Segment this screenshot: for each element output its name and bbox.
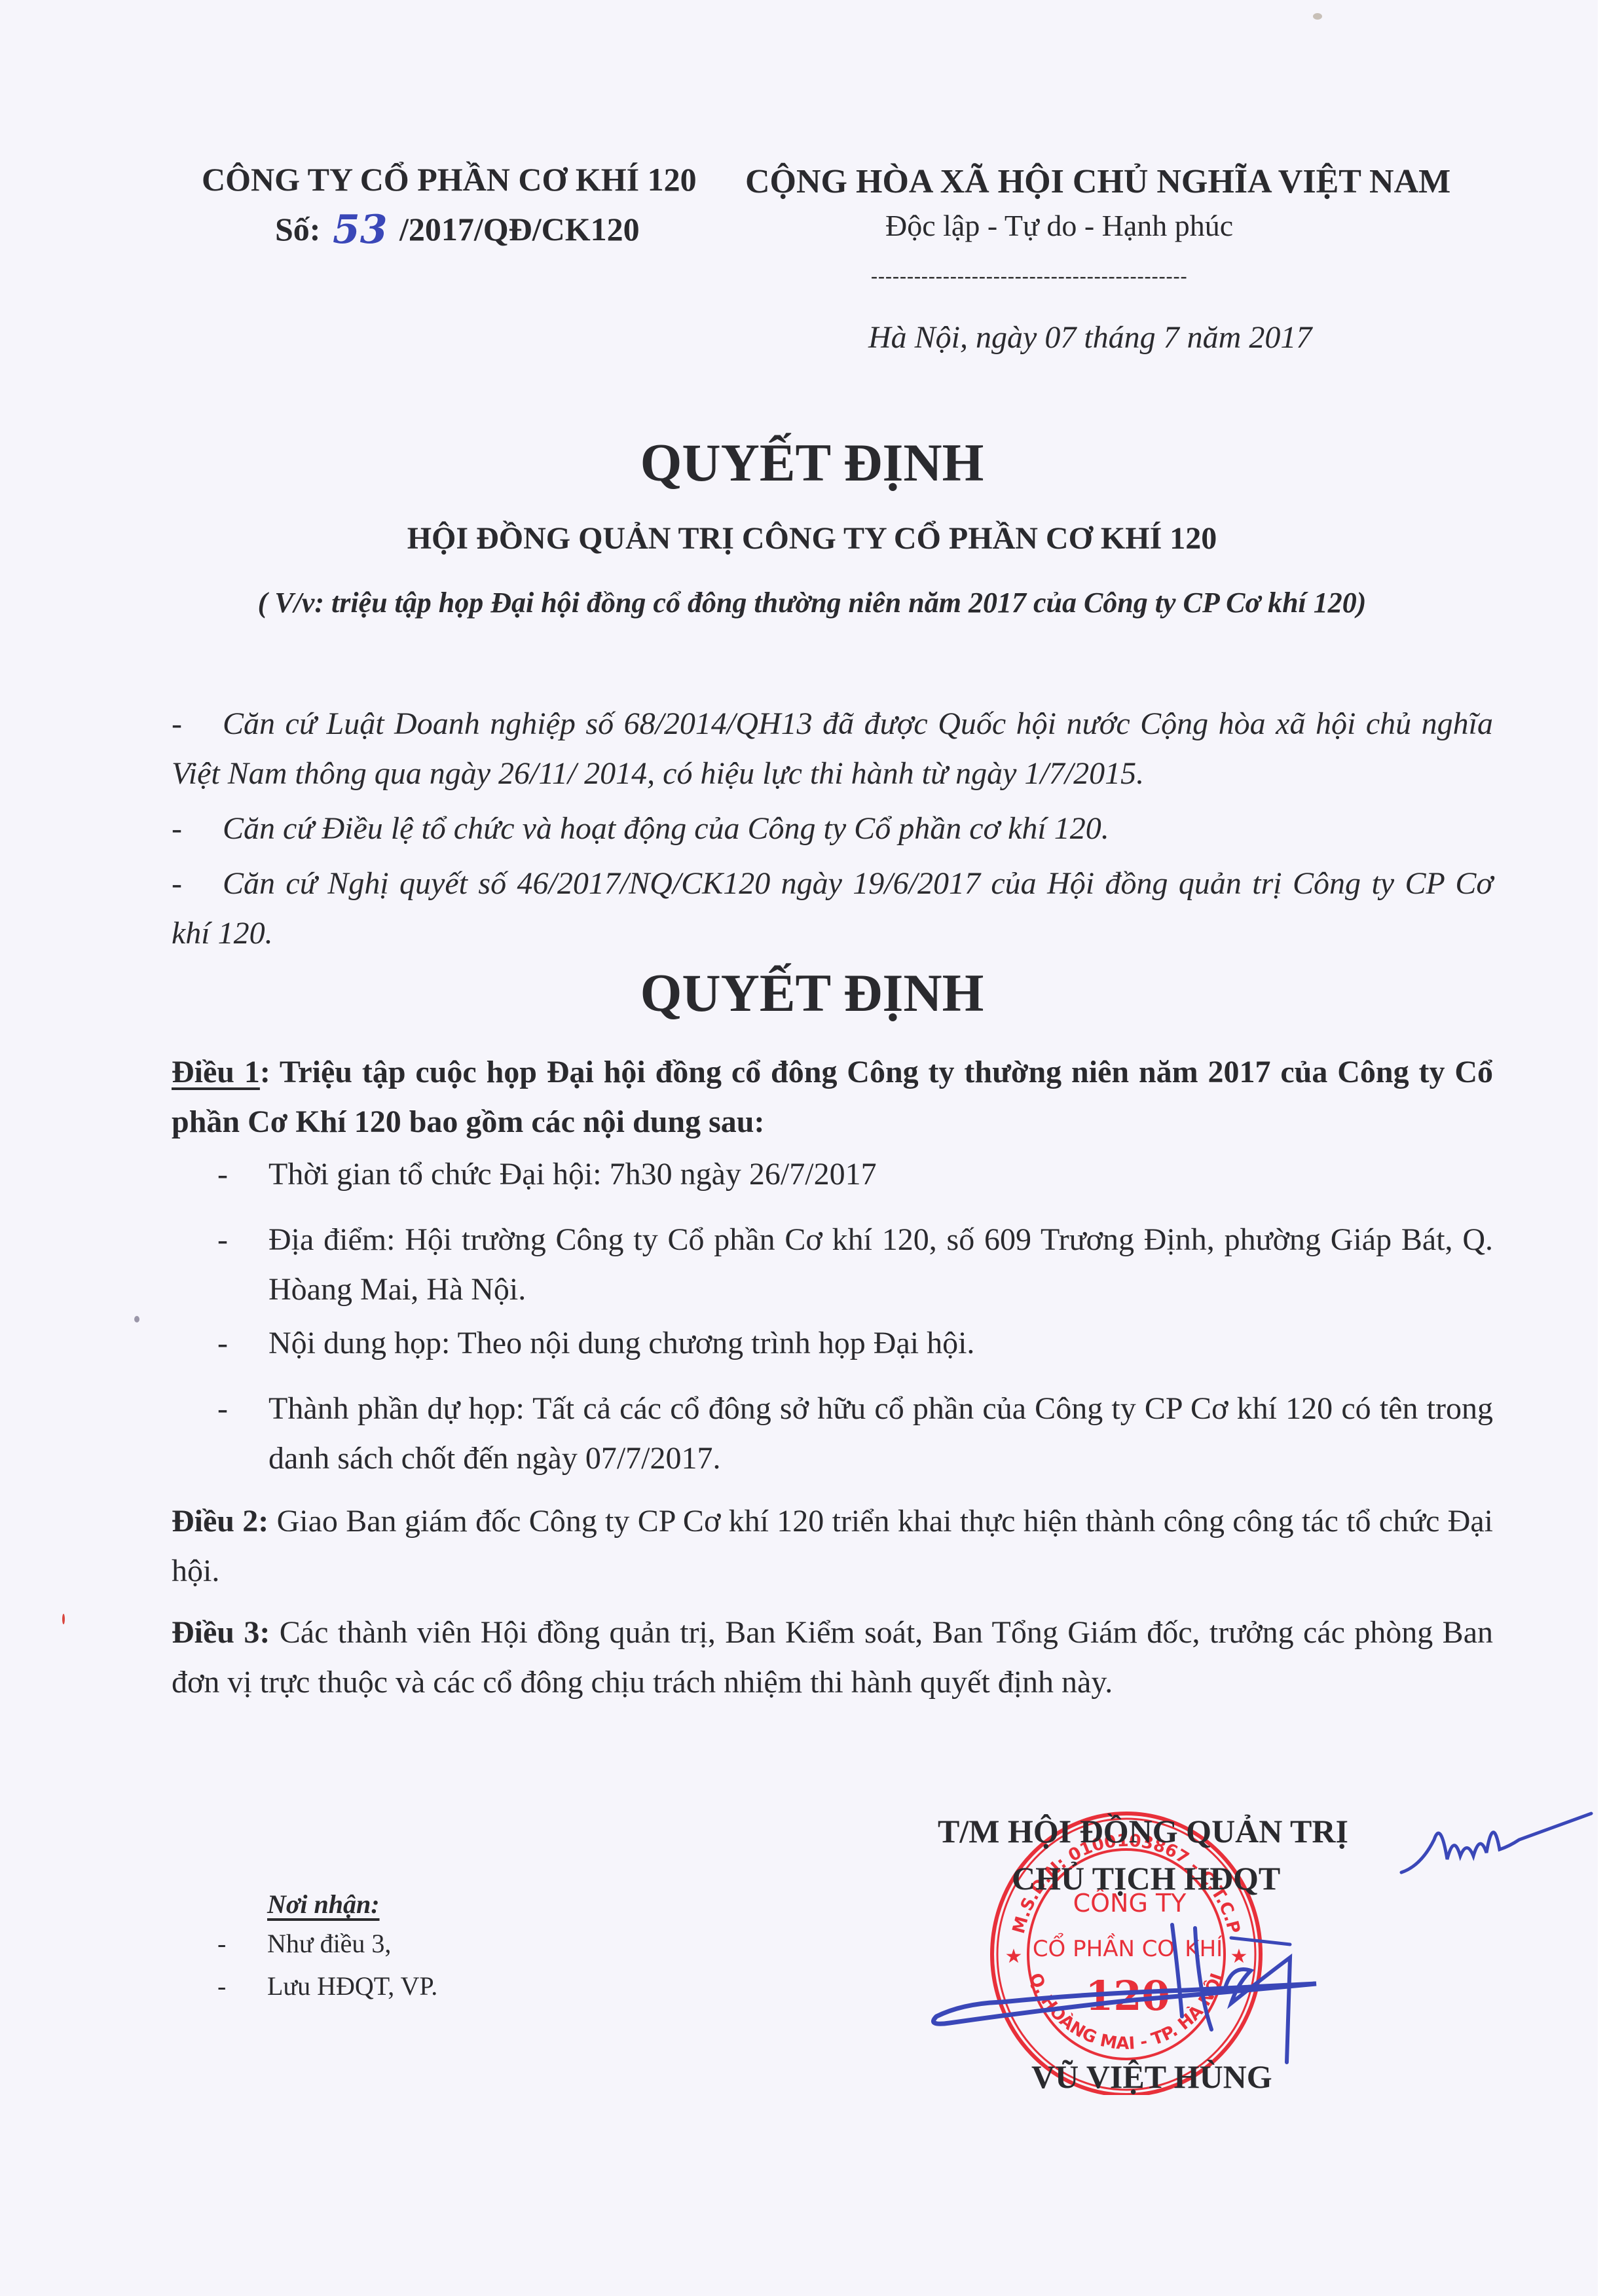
- decision-heading: QUYẾT ĐỊNH: [0, 962, 1624, 1024]
- issuer-title: HỘI ĐỒNG QUẢN TRỊ CÔNG TY CỔ PHẦN CƠ KHÍ…: [0, 520, 1624, 556]
- signature-position: CHỦ TỊCH HĐQT: [1012, 1859, 1280, 1897]
- article-2-label: Điều 2:: [172, 1504, 268, 1539]
- scan-speck: [134, 1316, 139, 1322]
- signatory-name: VŨ VIỆT HÙNG: [1031, 2058, 1272, 2096]
- item-dash: -: [217, 1319, 228, 1368]
- recipient-1: Như điều 3,: [267, 1928, 391, 1959]
- item-text: Thành phần dự họp: Tất cả các cổ đông sở…: [268, 1384, 1493, 1484]
- basis-2-text: Căn cứ Điều lệ tổ chức và hoạt động của …: [223, 811, 1109, 846]
- article-1-item-3: - Nội dung họp: Theo nội dung chương trì…: [172, 1319, 1493, 1368]
- republic-title: CỘNG HÒA XÃ HỘI CHỦ NGHĨA VIỆT NAM: [745, 162, 1450, 201]
- recipient-1-dash: -: [217, 1928, 226, 1959]
- item-text: Thời gian tổ chức Đại hội: 7h30 ngày 26/…: [268, 1150, 1493, 1199]
- article-3-text: Các thành viên Hội đồng quản trị, Ban Ki…: [172, 1615, 1493, 1700]
- document-number: Số: 53 /2017/QĐ/CK120: [275, 204, 640, 250]
- basis-2-dash: -: [172, 804, 223, 854]
- scan-mark: [62, 1614, 65, 1624]
- article-1-label: Điều 1: [172, 1055, 260, 1089]
- basis-1-dash: -: [172, 699, 223, 749]
- article-1-item-4: - Thành phần dự họp: Tất cả các cổ đông …: [172, 1384, 1493, 1484]
- signature-on-behalf: T/M HỘI ĐỒNG QUẢN TRỊ: [938, 1812, 1348, 1850]
- item-dash: -: [217, 1150, 228, 1199]
- article-3: Điều 3: Các thành viên Hội đồng quản trị…: [172, 1608, 1493, 1707]
- item-dash: -: [217, 1215, 228, 1265]
- article-1-item-2: - Địa điểm: Hội trường Công ty Cổ phần C…: [172, 1215, 1493, 1315]
- header-separator: ----------------------------------------…: [871, 265, 1188, 287]
- article-1: Điều 1: Triệu tập cuộc họp Đại hội đồng …: [172, 1048, 1493, 1147]
- basis-3-dash: -: [172, 859, 223, 909]
- article-2: Điều 2: Giao Ban giám đốc Công ty CP Cơ …: [172, 1497, 1493, 1596]
- doc-number-prefix: Số:: [275, 211, 320, 247]
- item-text: Nội dung họp: Theo nội dung chương trình…: [268, 1319, 1493, 1368]
- article-1-item-1: - Thời gian tổ chức Đại hội: 7h30 ngày 2…: [172, 1150, 1493, 1199]
- item-text: Địa điểm: Hội trường Công ty Cổ phần Cơ …: [268, 1215, 1493, 1315]
- article-3-label: Điều 3:: [172, 1615, 270, 1650]
- basis-2: -Căn cứ Điều lệ tổ chức và hoạt động của…: [172, 804, 1493, 854]
- document-page: [0, 0, 1598, 2296]
- doc-number-suffix: /2017/QĐ/CK120: [399, 211, 640, 247]
- doc-number-handwritten: 53: [333, 207, 388, 253]
- article-1-colon: :: [260, 1055, 270, 1089]
- article-2-text: Giao Ban giám đốc Công ty CP Cơ khí 120 …: [172, 1504, 1493, 1588]
- recipient-2-dash: -: [217, 1971, 226, 2001]
- company-name: CÔNG TY CỔ PHẦN CƠ KHÍ 120: [202, 160, 697, 198]
- basis-3-text: Căn cứ Nghị quyết số 46/2017/NQ/CK120 ng…: [172, 866, 1493, 951]
- page-edge: [1598, 0, 1624, 2296]
- recipients-heading: Nơi nhận:: [267, 1889, 380, 1920]
- article-1-text: Triệu tập cuộc họp Đại hội đồng cổ đông …: [172, 1055, 1493, 1139]
- date-line: Hà Nội, ngày 07 tháng 7 năm 2017: [868, 319, 1312, 355]
- basis-1-text: Căn cứ Luật Doanh nghiệp số 68/2014/QH13…: [172, 706, 1493, 791]
- basis-1: -Căn cứ Luật Doanh nghiệp số 68/2014/QH1…: [172, 699, 1493, 799]
- document-title: QUYẾT ĐỊNH: [0, 432, 1624, 494]
- subject-line: ( V/v: triệu tập họp Đại hội đồng cổ đôn…: [0, 586, 1624, 619]
- basis-3: -Căn cứ Nghị quyết số 46/2017/NQ/CK120 n…: [172, 859, 1493, 958]
- scan-speck: [1313, 13, 1322, 20]
- item-dash: -: [217, 1384, 228, 1434]
- motto: Độc lập - Tự do - Hạnh phúc: [885, 208, 1233, 243]
- recipient-2: Lưu HĐQT, VP.: [267, 1971, 437, 2001]
